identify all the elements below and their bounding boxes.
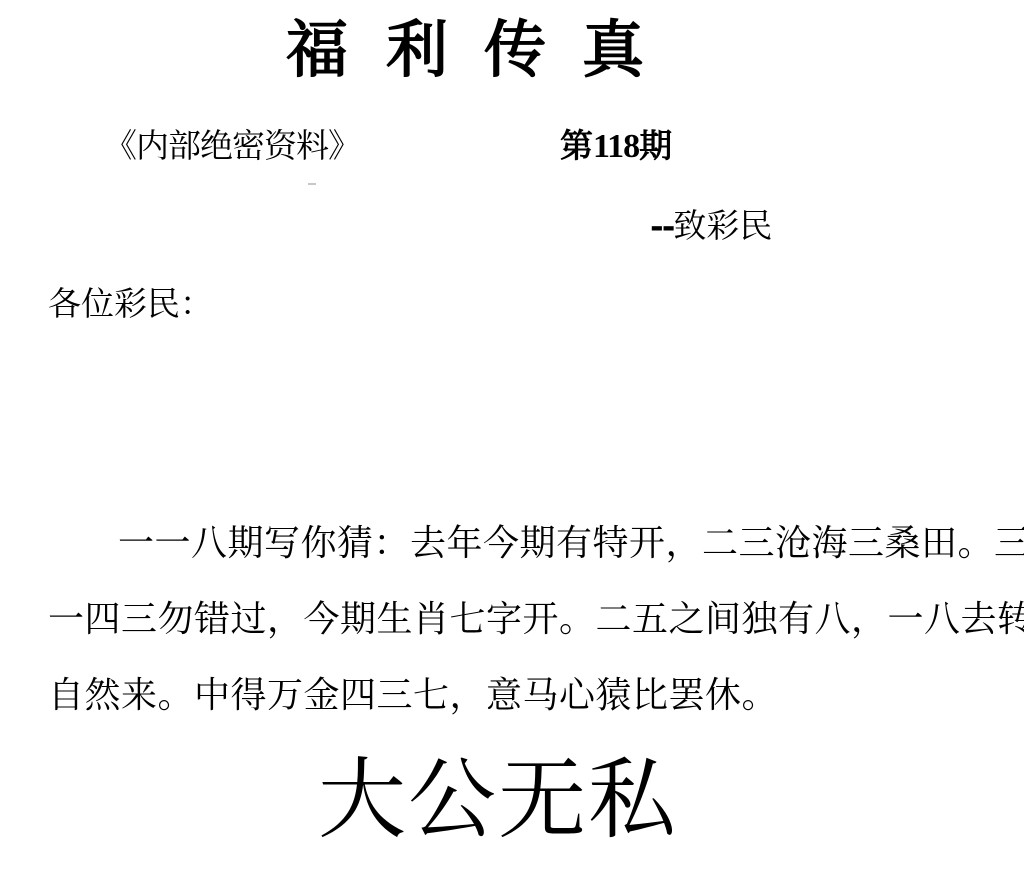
scan-artifact [308,183,316,185]
issue-number: 第118期 [560,124,672,169]
title-char: 传 [484,10,546,90]
addressee-dash: -- [650,206,673,245]
body-paragraph-line: 自然来。中得万金四三七，意马心猿比罢休。 [48,672,778,720]
salutation: 各位彩民： [48,282,213,326]
body-paragraph-line: 一四三勿错过，今期生肖七字开。二五之间独有八，一八去转 [48,596,1024,644]
footer-slogan: 大公无私 [318,750,678,850]
document-title: 福 利 传 真 [0,10,1024,90]
document-classification: 《内部绝密资料》 [104,124,360,168]
title-char: 真 [582,10,644,90]
title-char: 利 [386,10,448,90]
title-char: 福 [286,10,348,90]
addressee-text: 致彩民 [673,206,772,245]
body-paragraph-line: 一一八期写你猜：去年今期有特开，二三沧海三桑田。三 [118,520,1024,568]
document-page: 福 利 传 真 《内部绝密资料》 第118期 --致彩民 各位彩民： 一一八期写… [0,0,1024,870]
addressee-line: --致彩民 [650,204,772,248]
issue-number-value: 118 [593,128,639,165]
issue-prefix: 第 [560,126,593,165]
issue-suffix: 期 [639,126,672,165]
